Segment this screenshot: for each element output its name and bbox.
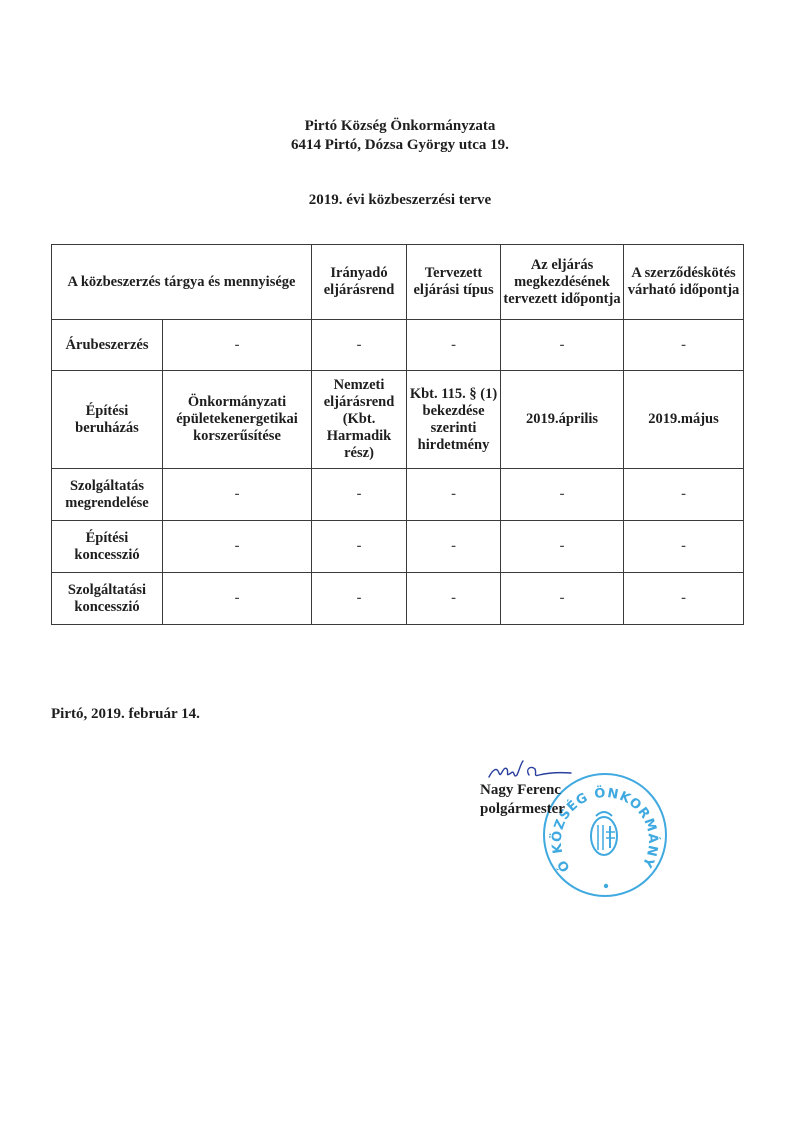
document-title: 2019. évi közbeszerzési terve	[0, 191, 800, 210]
procurement-plan-table: A közbeszerzés tárgya és mennyisége Irán…	[51, 244, 744, 625]
header-start: Az eljárás megkezdésének tervezett időpo…	[501, 245, 624, 320]
cell-contract: -	[624, 469, 744, 521]
row-category: Szolgáltatás megrendelése	[52, 469, 163, 521]
cell-subject: -	[163, 469, 312, 521]
cell-subject: -	[163, 320, 312, 371]
cell-type: Kbt. 115. § (1) bekezdése szerinti hirde…	[407, 371, 501, 469]
row-category: Árubeszerzés	[52, 320, 163, 371]
organization-address: 6414 Pirtó, Dózsa György utca 19.	[0, 136, 800, 155]
cell-regime: -	[312, 320, 407, 371]
organization-name: Pirtó Község Önkormányzata	[0, 117, 800, 136]
cell-regime: -	[312, 573, 407, 625]
cell-contract: -	[624, 521, 744, 573]
place-and-date: Pirtó, 2019. február 14.	[51, 706, 200, 723]
signer-title: polgármester	[480, 800, 565, 819]
cell-contract: -	[624, 320, 744, 371]
row-category: Építési koncesszió	[52, 521, 163, 573]
cell-type: -	[407, 521, 501, 573]
cell-start: -	[501, 573, 624, 625]
cell-regime: -	[312, 469, 407, 521]
row-category: Építési beruházás	[52, 371, 163, 469]
cell-regime: -	[312, 521, 407, 573]
table-row: Építési koncesszió - - - - -	[52, 521, 744, 573]
cell-start: -	[501, 469, 624, 521]
cell-regime: Nemzeti eljárásrend (Kbt. Harmadik rész)	[312, 371, 407, 469]
table-header-row: A közbeszerzés tárgya és mennyisége Irán…	[52, 245, 744, 320]
header-contract: A szerződéskötés várható időpontja	[624, 245, 744, 320]
header-type: Tervezett eljárási típus	[407, 245, 501, 320]
cell-start: -	[501, 521, 624, 573]
cell-start: 2019.április	[501, 371, 624, 469]
signer-name: Nagy Ferenc	[480, 781, 565, 800]
cell-contract: 2019.május	[624, 371, 744, 469]
cell-subject: -	[163, 573, 312, 625]
table-row: Szolgáltatási koncesszió - - - - -	[52, 573, 744, 625]
cell-subject: Önkormányzati épületekenergetikai korsze…	[163, 371, 312, 469]
cell-type: -	[407, 573, 501, 625]
header-regime: Irányadó eljárásrend	[312, 245, 407, 320]
table-row: Szolgáltatás megrendelése - - - - -	[52, 469, 744, 521]
cell-type: -	[407, 469, 501, 521]
cell-contract: -	[624, 573, 744, 625]
table-row: Építési beruházás Önkormányzati épületek…	[52, 371, 744, 469]
header-subject: A közbeszerzés tárgya és mennyisége	[52, 245, 312, 320]
table-row: Árubeszerzés - - - - -	[52, 320, 744, 371]
cell-start: -	[501, 320, 624, 371]
cell-type: -	[407, 320, 501, 371]
cell-subject: -	[163, 521, 312, 573]
signer-block: Nagy Ferenc polgármester	[480, 781, 565, 819]
row-category: Szolgáltatási koncesszió	[52, 573, 163, 625]
